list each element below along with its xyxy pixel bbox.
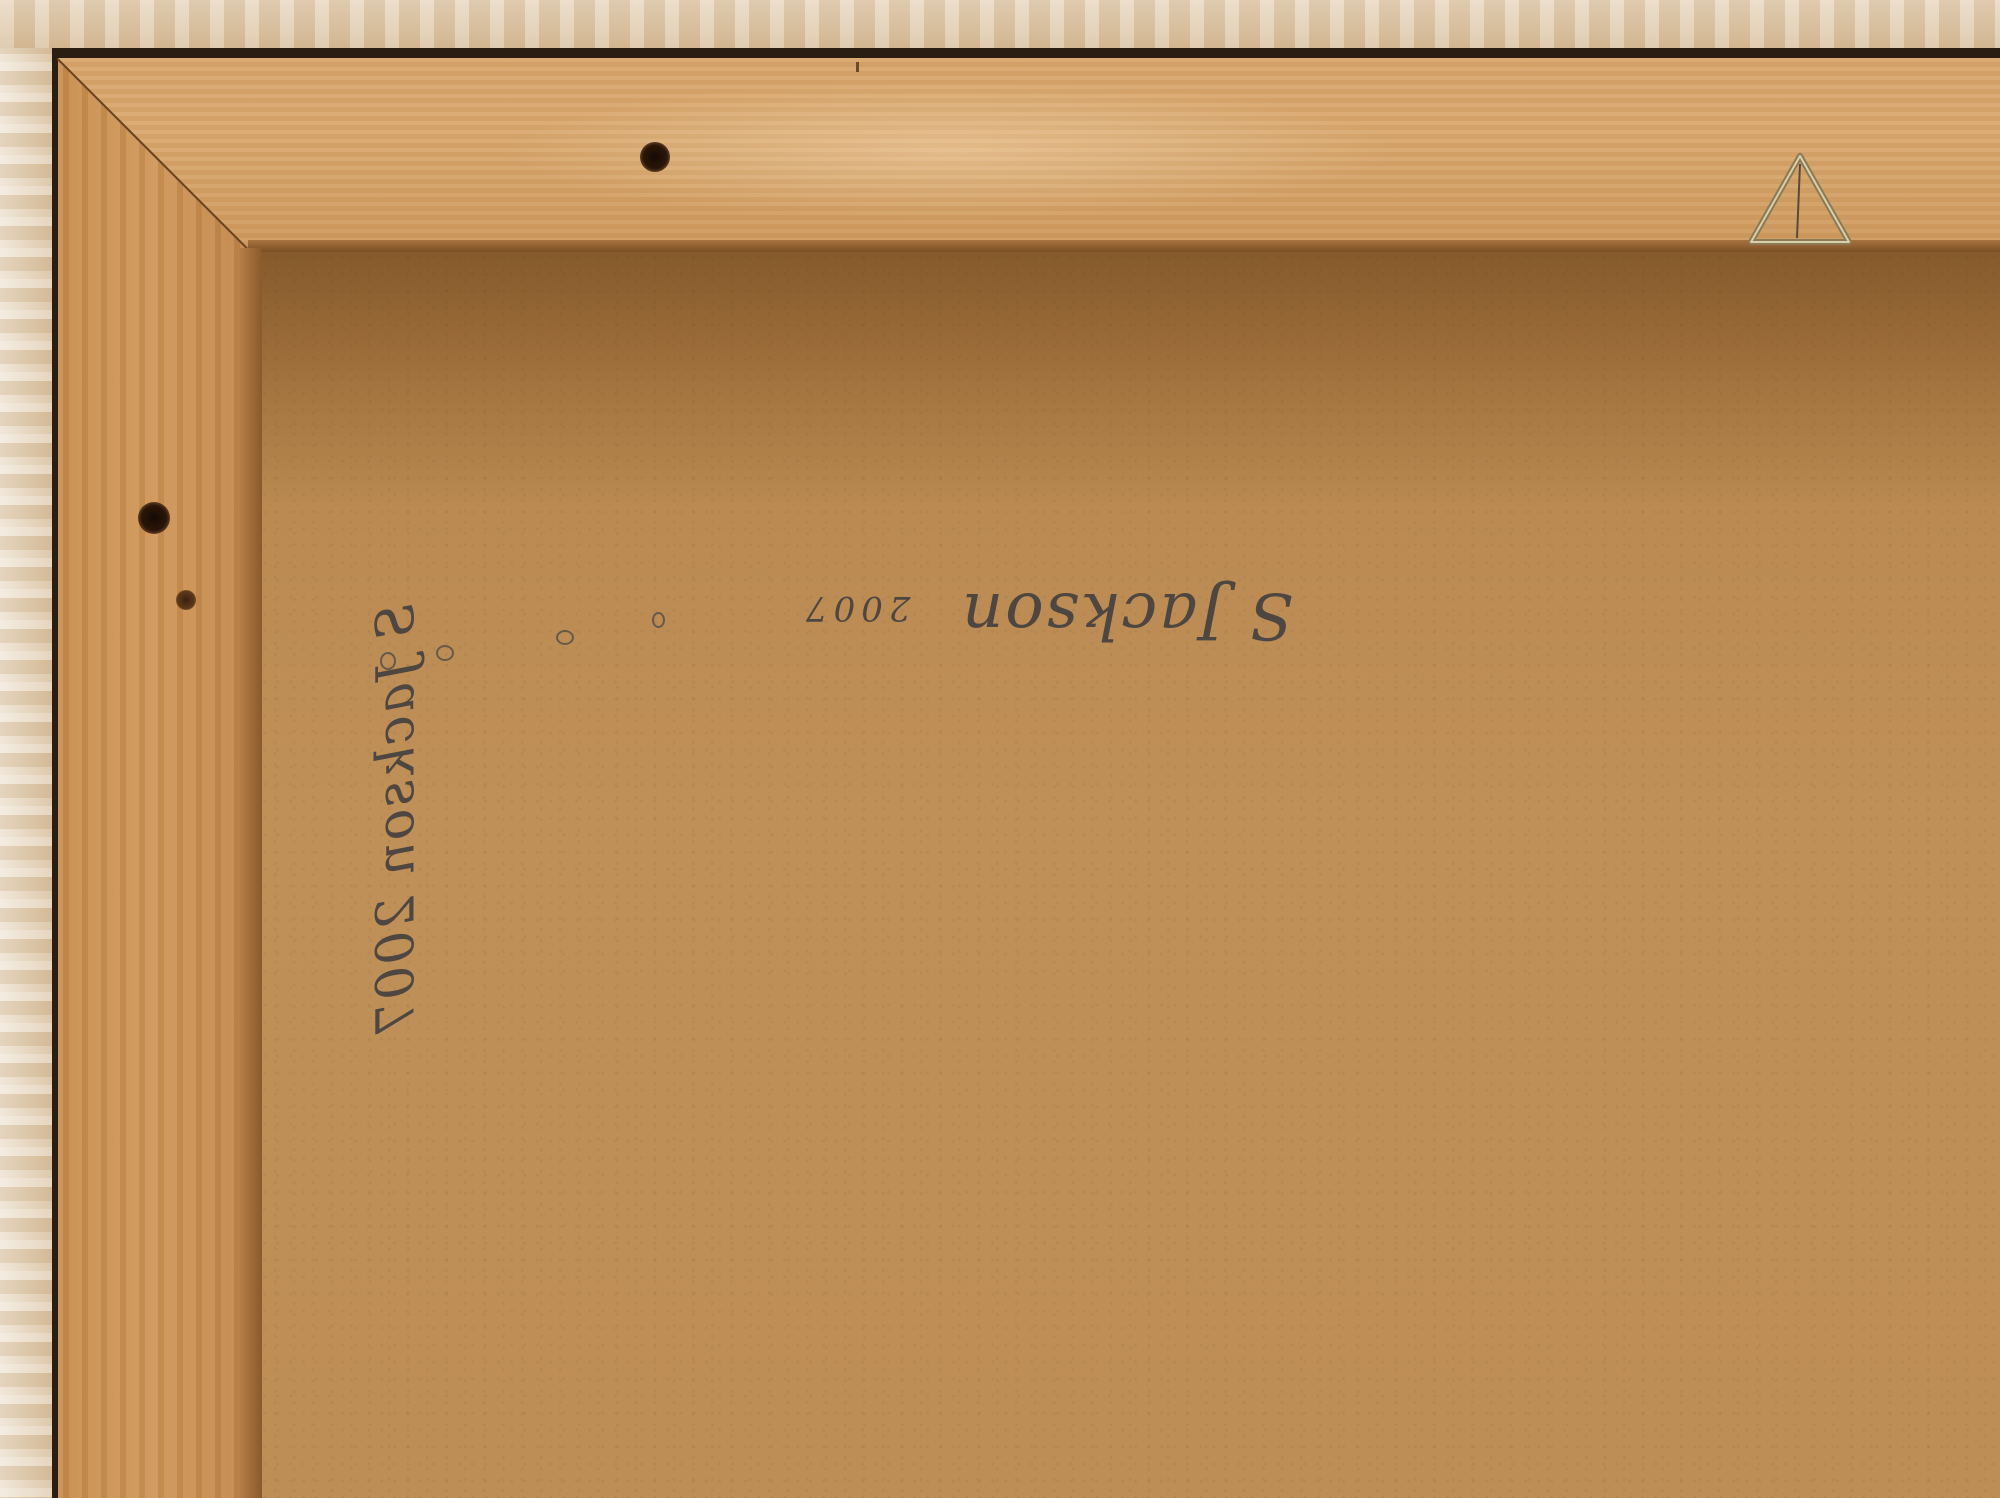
pencil-mark: [436, 645, 454, 661]
artist-signature-vertical: S Jackson 2007: [366, 604, 426, 1037]
wood-sheen: [500, 80, 1400, 220]
wood-mark: [856, 62, 859, 72]
wood-knot: [176, 590, 196, 610]
pencil-mark: [556, 630, 574, 645]
pencil-mark: [380, 652, 396, 670]
stretcher-bar-left: [58, 58, 248, 1498]
outer-frame-top-edge: [0, 0, 2000, 48]
outer-frame-left-edge: [0, 0, 52, 1498]
screw-hole-left: [138, 502, 170, 534]
rabbet-lip-left: [240, 248, 262, 1498]
pencil-mark: [652, 612, 665, 628]
board-shadow: [262, 252, 2000, 512]
artist-signature: S Jackson: [960, 578, 1293, 652]
triangle-hanger-icon: [1745, 150, 1855, 250]
rabbet-lip-top: [248, 240, 2000, 252]
screw-hole-top: [640, 142, 670, 172]
signature-year: 2007: [800, 588, 911, 628]
